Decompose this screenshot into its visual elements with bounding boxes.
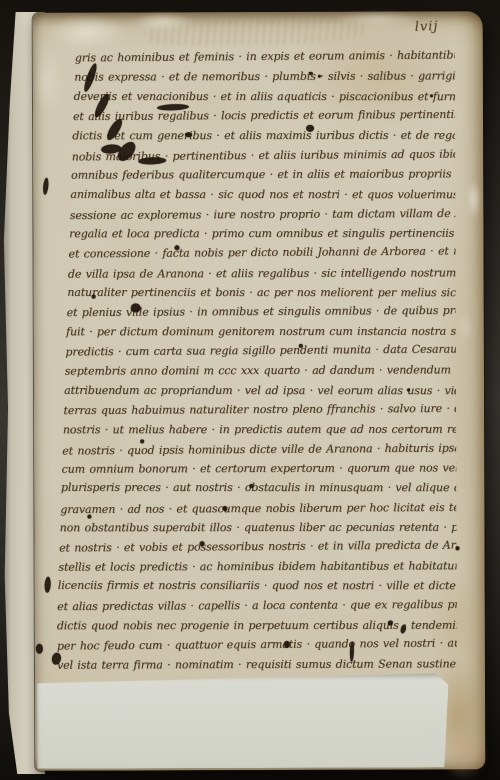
manuscript-line: regalia et loca predicta · primo cum omn… bbox=[55, 223, 455, 243]
ink-blots-layer bbox=[33, 11, 483, 13]
folio-number: lvij bbox=[414, 20, 438, 35]
ink-blot bbox=[407, 388, 410, 391]
torn-edge-patch bbox=[465, 179, 481, 219]
stains-layer bbox=[33, 11, 483, 13]
manuscript-line: predictis · cum carta sua regia sigillo … bbox=[56, 340, 456, 363]
ink-blot bbox=[309, 72, 313, 75]
manuscript-line: gris ac hominibus et feminis · in expis … bbox=[55, 46, 455, 69]
ink-blot bbox=[140, 439, 144, 443]
manuscript-line: non obstantibus superabit illos · quaten… bbox=[56, 517, 456, 537]
ink-blot bbox=[388, 621, 393, 626]
manuscript-page: lvij gris ac hominibus et feminis · in e… bbox=[33, 11, 486, 771]
torn-edge-patch bbox=[47, 14, 127, 50]
ink-blot bbox=[185, 132, 192, 137]
manuscript-line: per hoc feudo cum · quattuor equis armat… bbox=[57, 634, 457, 657]
manuscript-line: et nostris · et vobis et possessoribus n… bbox=[56, 536, 456, 559]
parchment-stain bbox=[441, 726, 487, 780]
ink-blot bbox=[200, 541, 205, 546]
ink-blot bbox=[92, 295, 96, 299]
ink-blot bbox=[284, 641, 290, 648]
manuscript-line: stellis et locis predictis · ac hominibu… bbox=[57, 557, 457, 578]
ink-blot bbox=[131, 303, 141, 312]
manuscript-line: gravamen · ad nos · et quascumque nobis … bbox=[56, 498, 456, 520]
repair-patch bbox=[37, 673, 461, 768]
torn-edge-patch bbox=[458, 311, 472, 341]
manuscript-line: et concessione · facta nobis per dicto n… bbox=[55, 242, 455, 265]
ink-blot bbox=[249, 484, 253, 488]
manuscript-line: attribuendum ac propriandum · vel ad ips… bbox=[56, 381, 456, 401]
manuscript-line: naturaliter pertinenciis et bonis · ac p… bbox=[56, 282, 456, 302]
manuscript-line: plurisperis preces · aut nostris · obsta… bbox=[56, 478, 456, 498]
manuscript-line: licenciis firmis et nostris consiliariis… bbox=[57, 576, 457, 596]
manuscript-line: cum omnium bonorum · et certorum experto… bbox=[56, 458, 456, 479]
ink-blot bbox=[456, 546, 460, 550]
erased-heading-smudge bbox=[145, 17, 367, 47]
ink-blot bbox=[174, 245, 179, 250]
manuscript-line: deveriis et venacionibus · et in aliis a… bbox=[55, 87, 455, 107]
manuscript-line: de villa ipsa de Aranona · et aliis rega… bbox=[56, 263, 456, 284]
manuscript-line: septembris anno domini m ccc xxx quarto … bbox=[56, 360, 456, 381]
ink-blot bbox=[42, 178, 49, 195]
manuscript-line: nostris · ut melius habere · in predicti… bbox=[56, 419, 456, 439]
manuscript-line: omnibus federibus qualitercumque · et in… bbox=[55, 164, 455, 185]
ink-blot bbox=[299, 344, 303, 348]
manuscript-text-block: gris ac hominibus et feminis · in expis … bbox=[55, 47, 457, 675]
manuscript-line: vel ista terra firma · nominatim · requi… bbox=[57, 654, 457, 675]
manuscript-line: et alias predictas villas · capellis · a… bbox=[57, 595, 457, 617]
manuscript-line: et plenius ville ipsius · in omnibus et … bbox=[56, 301, 456, 323]
photo-background: lvij gris ac hominibus et feminis · in e… bbox=[0, 0, 500, 780]
ink-blot bbox=[222, 506, 227, 511]
ink-blot bbox=[36, 644, 43, 654]
ink-blot bbox=[430, 94, 433, 97]
ink-blot bbox=[44, 577, 51, 593]
ink-blot bbox=[318, 75, 321, 78]
ink-blot bbox=[87, 515, 91, 519]
manuscript-line: sessione ac exploremus · iure nostro pro… bbox=[55, 204, 455, 226]
manuscript-line: nobis expressa · et de nemoribus · plumb… bbox=[55, 66, 455, 87]
manuscript-line: terras quas habuimus naturaliter nostro … bbox=[56, 399, 456, 421]
damage-layer bbox=[33, 11, 483, 13]
manuscript-line: animalibus alta et bassa · sic quod nos … bbox=[55, 184, 455, 204]
ink-blot bbox=[306, 125, 314, 132]
